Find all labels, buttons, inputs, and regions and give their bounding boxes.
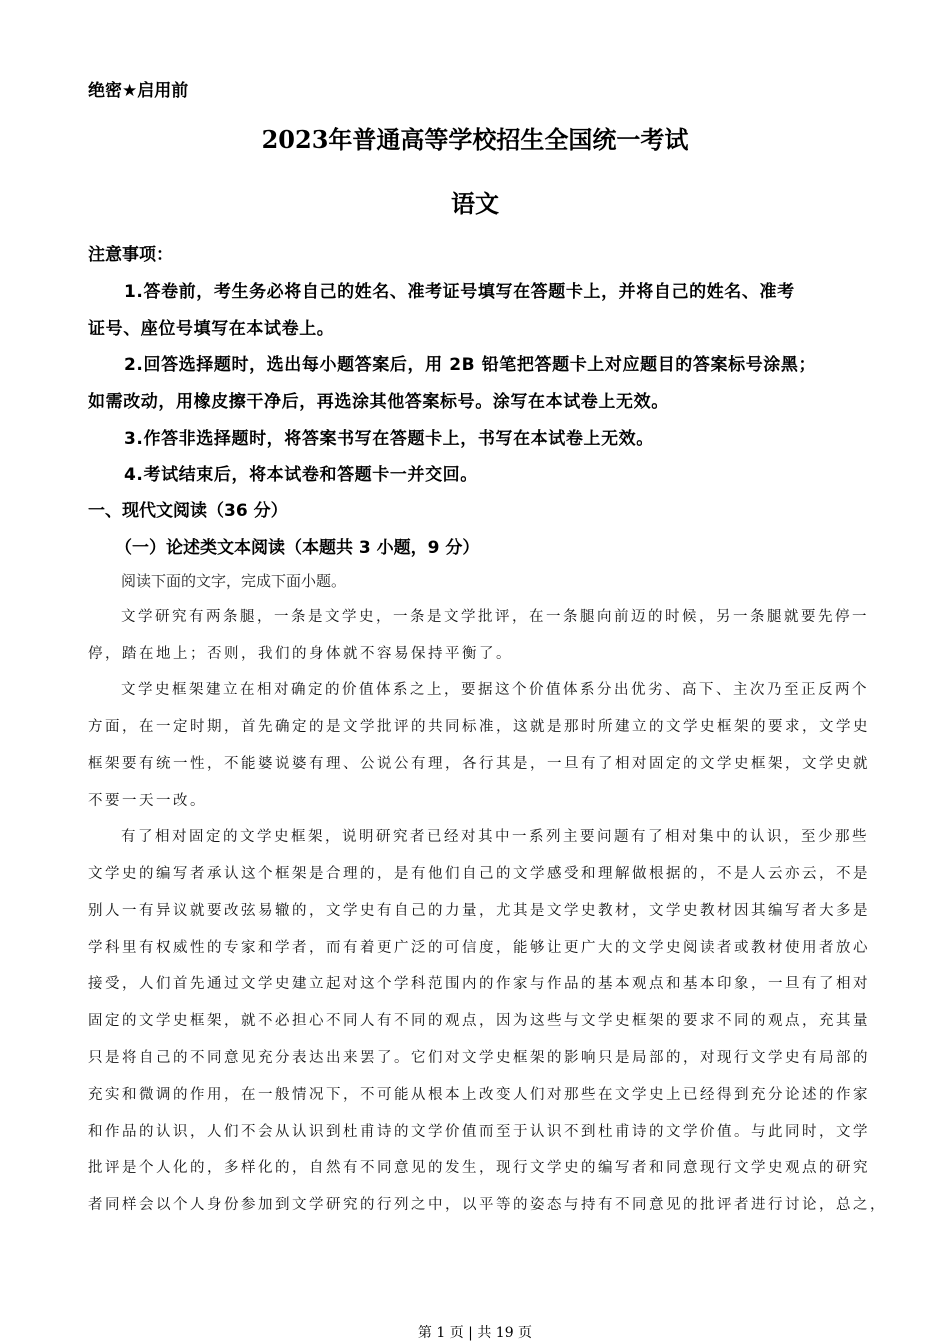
exam-title: 2023年普通高等学校招生全国统一考试 [0, 120, 950, 155]
passage-line: 接受，人们首先通过文学史建立起对这个学科范围内的作家与作品的基本观点和基本印象，… [88, 972, 870, 993]
passage-line: 文学研究有两条腿，一条是文学史，一条是文学批评，在一条腿向前迈的时候，另一条腿就… [121, 605, 869, 626]
exam-page: 绝密★启用前 2023年普通高等学校招生全国统一考试 语文 注意事项： 1.答卷… [0, 0, 950, 1344]
passage-line: 方面，在一定时期，首先确定的是文学批评的共同标准，这就是那时所建立的文学史框架的… [88, 715, 870, 736]
page-footer: 第 1 页 | 共 19 页 [0, 1322, 950, 1342]
notice-line: 2.回答选择题时，选出每小题答案后，用 2B 铅笔把答题卡上对应题目的答案标号涂… [124, 350, 816, 375]
passage-line: 别人一有异议就要改弦易辙的，文学史有自己的力量，尤其是文学史教材，文学史教材因其… [88, 899, 870, 920]
passage-line: 不要一天一改。 [88, 789, 207, 810]
subject-title: 语文 [0, 184, 950, 219]
passage-line: 和作品的认识，人们不会从认识到杜甫诗的文学价值而至于认识不到杜甫诗的文学价值。与… [88, 1120, 870, 1141]
notice-line: 4.考试结束后，将本试卷和答题卡一并交回。 [124, 460, 478, 485]
passage-line: 固定的文学史框架，就不必担心不同人有不同的观点，因为这些与文学史框架的要求不同的… [88, 1009, 870, 1030]
notice-line: 证号、座位号填写在本试卷上。 [88, 314, 334, 339]
passage-line: 批评是个人化的，多样化的，自然有不同意见的发生，现行文学史的编写者和同意现行文学… [88, 1156, 870, 1177]
passage-line: 充实和微调的作用，在一般情况下，不可能从根本上改变人们对那些在文学史上已经得到充… [88, 1083, 870, 1104]
passage-line: 只是将自己的不同意见充分表达出来罢了。它们对文学史框架的影响只是局部的，对现行文… [88, 1046, 870, 1067]
part-title: 一、现代文阅读（36 分） [88, 496, 288, 521]
passage-line: 文学史框架建立在相对确定的价值体系之上，要据这个价值体系分出优劣、高下、主次乃至… [121, 678, 869, 699]
passage-line: 停，踏在地上；否则，我们的身体就不容易保持平衡了。 [88, 642, 513, 663]
notice-line: 3.作答非选择题时，将答案书写在答题卡上，书写在本试卷上无效。 [124, 424, 654, 449]
notice-line: 1.答卷前，考生务必将自己的姓名、准考证号填写在答题卡上，并将自己的姓名、准考 [124, 277, 795, 302]
notice-line: 如需改动，用橡皮擦干净后，再选涂其他答案标号。涂写在本试卷上无效。 [88, 387, 669, 412]
sub-section-title: （一）论述类文本阅读（本题共 3 小题，9 分） [115, 533, 479, 558]
reading-instruction: 阅读下面的文字，完成下面小题。 [121, 570, 346, 591]
passage-line: 学科里有权威性的专家和学者，而有着更广泛的可信度，能够让更广大的文学史阅读者或教… [88, 936, 870, 957]
passage-line: 文学史的编写者承认这个框架是合理的，是有他们自己的文学感受和理解做根据的，不是人… [88, 862, 870, 883]
passage-line: 框架要有统一性，不能婆说婆有理、公说公有理，各行其是，一旦有了相对固定的文学史框… [88, 752, 870, 773]
passage-line: 有了相对固定的文学史框架，说明研究者已经对其中一系列主要问题有了相对集中的认识，… [121, 825, 869, 846]
notice-heading: 注意事项： [88, 240, 173, 265]
confidential-label: 绝密★启用前 [88, 76, 188, 101]
passage-line: 者同样会以个人身份参加到文学研究的行列之中，以平等的姿态与持有不同意见的批评者进… [88, 1193, 887, 1214]
